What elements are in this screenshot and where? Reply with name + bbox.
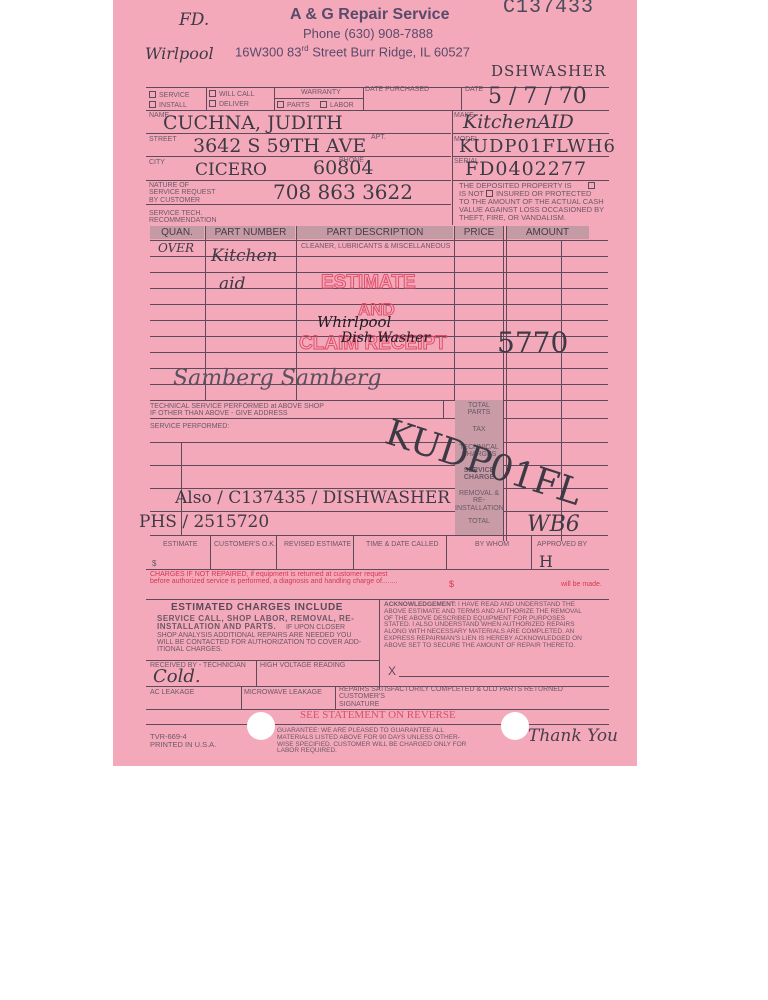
city-field[interactable]: CICERO — [195, 160, 267, 180]
divider — [452, 110, 453, 225]
divider — [146, 204, 451, 205]
microwave-leakage-label: MICROWAVE LEAKAGE — [244, 689, 322, 696]
divider — [453, 133, 609, 134]
col-line — [531, 535, 532, 569]
approved-by-label: APPROVED BY — [537, 541, 587, 548]
binder-hole-right — [501, 712, 529, 740]
guarantee-text: GUARANTEE: WE ARE PLEASED TO GUARANTEE A… — [277, 728, 466, 755]
handwritten-part-1[interactable]: Kitchen — [211, 246, 277, 266]
warranty-parts-checkbox[interactable]: PARTS — [277, 101, 310, 109]
make-field[interactable]: KitchenAID — [463, 111, 574, 133]
model-field[interactable]: KUDP01FLWH6 — [459, 136, 616, 157]
company-address: 16W300 83rd Street Burr Ridge, IL 60527 — [235, 44, 470, 59]
row-line — [150, 240, 608, 241]
handwritten-phs-line: PHS / 2515720 — [139, 512, 269, 532]
customer-ok-label: CUSTOMER'S O.K. — [214, 541, 276, 548]
handwritten-part-2[interactable]: aid — [219, 274, 245, 294]
col-quan: QUAN. — [150, 226, 204, 239]
high-voltage-label: HIGH VOLTAGE READING — [260, 662, 345, 669]
address-sup: rd — [302, 44, 309, 53]
estimated-charges-title: ESTIMATED CHARGES INCLUDE — [171, 602, 343, 613]
estimate-dollar: $ — [152, 560, 156, 568]
col-line — [256, 660, 257, 687]
serial-field[interactable]: FD0402277 — [465, 158, 587, 180]
col-line — [276, 535, 277, 569]
col-amount: AMOUNT — [506, 226, 589, 239]
date-label: DATE — [465, 86, 483, 93]
row-line — [150, 400, 608, 401]
street-label: STREET — [149, 136, 177, 143]
apt-label: APT. — [371, 134, 386, 141]
warranty-label: WARRANTY — [301, 89, 341, 96]
col-line — [506, 226, 507, 541]
handwritten-signature-line: Samberg Samberg — [173, 366, 382, 391]
charges-suffix: will be made. — [561, 581, 602, 588]
handwritten-description-2[interactable]: Dish Washer — [341, 330, 430, 346]
handwritten-initial: H — [539, 552, 553, 571]
row-line — [146, 724, 609, 725]
repairs-completed-label: REPAIRS SATISFACTORILY COMPLETED & OLD P… — [339, 686, 563, 708]
col-line — [241, 686, 242, 710]
estimate-label: ESTIMATE — [163, 541, 197, 548]
by-whom-label: BY WHOM — [475, 541, 509, 548]
charges-dollar: $ — [449, 580, 454, 589]
divider — [363, 87, 364, 110]
total-label: TOTAL — [459, 518, 499, 525]
form-code: TVR-669-4PRINTED IN U.S.A. — [150, 733, 216, 749]
charges-not-repaired-note: CHARGES IF NOT REPAIRED, if equipment is… — [150, 571, 397, 586]
tech-service-note: TECHNICAL SERVICE PERFORMED at ABOVE SHO… — [150, 403, 324, 418]
service-checkbox[interactable]: SERVICE — [149, 91, 190, 99]
ticket-number: C137433 — [503, 0, 594, 19]
nature-label: NATURE OFSERVICE REQUESTBY CUSTOMER — [149, 182, 215, 204]
col-line — [454, 226, 455, 400]
row-line — [150, 418, 608, 419]
tech-recommendation-label: SERVICE TECH.RECOMMENDATION — [149, 210, 217, 225]
install-checkbox[interactable]: INSTALL — [149, 101, 187, 109]
divider — [461, 87, 462, 110]
zip-field[interactable]: 60804 — [313, 157, 373, 179]
col-line — [210, 535, 211, 569]
table-first-row-note: CLEANER, LUBRICANTS & MISCELLANEOUS — [301, 243, 450, 250]
customer-name-field[interactable]: CUCHNA, JUDITH — [163, 112, 343, 134]
row-line — [146, 599, 609, 600]
handwritten-wb-note: WB6 — [527, 512, 580, 537]
handwritten-description-1[interactable]: Whirlpool — [317, 313, 391, 331]
ac-leakage-label: AC LEAKAGE — [150, 689, 194, 696]
divider — [274, 98, 363, 99]
handwritten-date[interactable]: 5 / 7 / 70 — [488, 84, 587, 109]
stamp-estimate: ESTIMATE — [321, 272, 416, 294]
col-part-description: PART DESCRIPTION — [297, 226, 453, 239]
handwritten-quan[interactable]: OVER — [158, 241, 194, 255]
service-performed-label: SERVICE PERFORMED: — [150, 423, 229, 430]
divider — [206, 87, 207, 110]
handwritten-also-line: Also / C137435 / DISHWASHER — [175, 488, 450, 508]
acknowledgement-text: ACKNOWLEDGEMENT: I HAVE READ AND UNDERST… — [384, 602, 582, 650]
thank-you: Thank You — [528, 726, 618, 746]
col-price: PRICE — [455, 226, 503, 239]
estimated-charges-text: SERVICE CALL, SHOP LABOR, REMOVAL, RE- I… — [157, 615, 361, 654]
signature-x: X — [388, 664, 396, 678]
phone-number-field[interactable]: 708 863 3622 — [273, 180, 413, 204]
signature-line[interactable] — [399, 676, 609, 677]
col-part-number: PART NUMBER — [206, 226, 295, 239]
deliver-checkbox[interactable]: DELIVER — [209, 100, 249, 108]
city-label: CITY — [149, 159, 165, 166]
col-line — [379, 599, 380, 689]
handwritten-brand-note: Wirlpool — [145, 44, 214, 63]
col-line — [443, 400, 444, 418]
col-line — [503, 226, 504, 541]
handwritten-fd: FD. — [179, 10, 209, 30]
revised-estimate-label: REVISED ESTIMATE — [284, 541, 351, 548]
binder-hole-left — [247, 712, 275, 740]
row-line — [150, 442, 608, 443]
handwritten-amount[interactable]: 5770 — [497, 326, 568, 359]
see-statement-on-reverse: SEE STATEMENT ON REVERSE — [300, 709, 456, 721]
company-name: A & G Repair Service — [290, 6, 449, 24]
repair-service-form: A & G Repair Service Phone (630) 908-788… — [113, 0, 637, 766]
address-city: Street Burr Ridge, IL 60527 — [309, 44, 470, 59]
time-date-called-label: TIME & DATE CALLED — [366, 541, 439, 548]
warranty-labor-checkbox[interactable]: LABOR — [320, 101, 354, 109]
removal-label: REMOVAL & RE-INSTALLATION — [455, 490, 503, 512]
company-phone: Phone (630) 908-7888 — [303, 26, 433, 41]
tax-label: TAX — [459, 426, 499, 433]
col-line — [446, 535, 447, 569]
col-line — [353, 535, 354, 569]
will-call-checkbox[interactable]: WILL CALL — [209, 90, 255, 98]
address-street-number: 16W300 83 — [235, 44, 302, 59]
row-line — [146, 660, 379, 661]
col-line — [335, 686, 336, 710]
property-notice: THE DEPOSITED PROPERTY IS IS NOT INSURED… — [459, 182, 604, 221]
street-field[interactable]: 3642 S 59TH AVE — [193, 135, 366, 157]
received-by-signature: Cold. — [153, 666, 201, 687]
total-parts-label: TOTAL PARTS — [459, 402, 499, 417]
date-purchased-label: DATE PURCHASED — [365, 86, 429, 93]
handwritten-appliance: DSHWASHER — [491, 62, 607, 80]
